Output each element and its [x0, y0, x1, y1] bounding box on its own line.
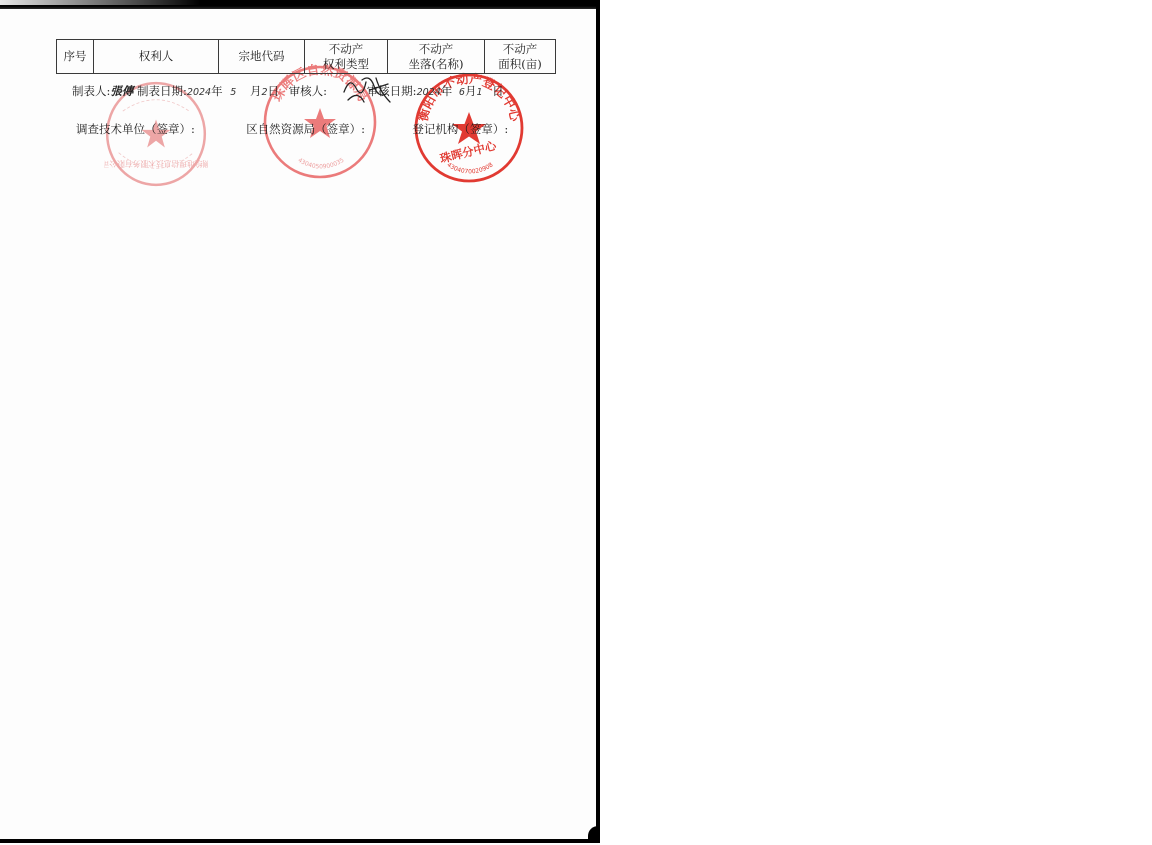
svg-text:4304050900035: 4304050900035: [297, 157, 346, 171]
prepare-date-label: 制表日期:: [137, 84, 187, 98]
scan-corner: [588, 826, 598, 840]
review-day: 1: [476, 87, 482, 98]
scanned-document-page: 测绘地理信息技术服务有限公司 珠晖区自然资源局 4304050900035: [0, 0, 598, 845]
header-right-holder: 权利人: [94, 40, 219, 74]
header-text: 序号: [64, 49, 87, 63]
registry-label: 登记机构（签章）:: [412, 122, 508, 136]
prepare-month: 5: [230, 87, 236, 98]
header-right-type: 不动产 权利类型: [305, 40, 388, 74]
signature-line: 制表人:張傳 制表日期:2024年 5 月2日 审核人: 审核日期:2024年 …: [72, 83, 504, 99]
month-unit: 月: [250, 84, 262, 98]
header-serial-number: 序号: [57, 40, 94, 74]
review-day-unit: 日: [492, 84, 504, 98]
year-unit: 年: [211, 84, 223, 98]
prepare-year: 2024: [187, 87, 211, 98]
scan-edge-bottom: [0, 839, 600, 843]
scan-edge-fade: [0, 0, 200, 5]
header-text: 坐落(名称): [388, 57, 484, 72]
reviewer-label: 审核人:: [289, 84, 327, 98]
header-parcel-code: 宗地代码: [219, 40, 305, 74]
review-date-label: 审核日期:: [367, 84, 417, 98]
header-text: 面积(亩): [485, 57, 555, 72]
property-table: 序号 权利人 宗地代码 不动产 权利类型 不动产 坐落(名称) 不动产 面积(亩…: [56, 39, 556, 74]
header-text: 权利类型: [305, 57, 387, 72]
stamp-line: 调查技术单位（签章）: 区自然资源局（签章）: 登记机构（签章）:: [76, 121, 508, 137]
review-year-unit: 年: [441, 84, 453, 98]
header-text: 不动产: [485, 42, 555, 57]
svg-text:4304070020908: 4304070020908: [446, 161, 495, 175]
header-area: 不动产 面积(亩): [485, 40, 556, 74]
natural-resources-label: 区自然资源局（签章）:: [246, 122, 365, 136]
header-text: 宗地代码: [239, 49, 285, 63]
svg-text:珠晖分中心: 珠晖分中心: [438, 138, 498, 166]
blank-canvas-area: [600, 0, 1152, 845]
svg-text:测绘地理信息技术服务有限公司: 测绘地理信息技术服务有限公司: [104, 159, 208, 169]
review-month-unit: 月: [465, 84, 477, 98]
survey-unit-label: 调查技术单位（签章）:: [76, 122, 195, 136]
preparer-label: 制表人:: [72, 84, 110, 98]
review-year: 2024: [417, 87, 441, 98]
header-text: 不动产: [388, 42, 484, 57]
table-header-row: 序号 权利人 宗地代码 不动产 权利类型 不动产 坐落(名称) 不动产 面积(亩…: [57, 40, 556, 74]
header-text: 权利人: [139, 49, 174, 63]
header-text: 不动产: [305, 42, 387, 57]
header-location: 不动产 坐落(名称): [388, 40, 485, 74]
day-unit: 日: [268, 84, 280, 98]
preparer-signature: 張傳: [110, 84, 133, 98]
